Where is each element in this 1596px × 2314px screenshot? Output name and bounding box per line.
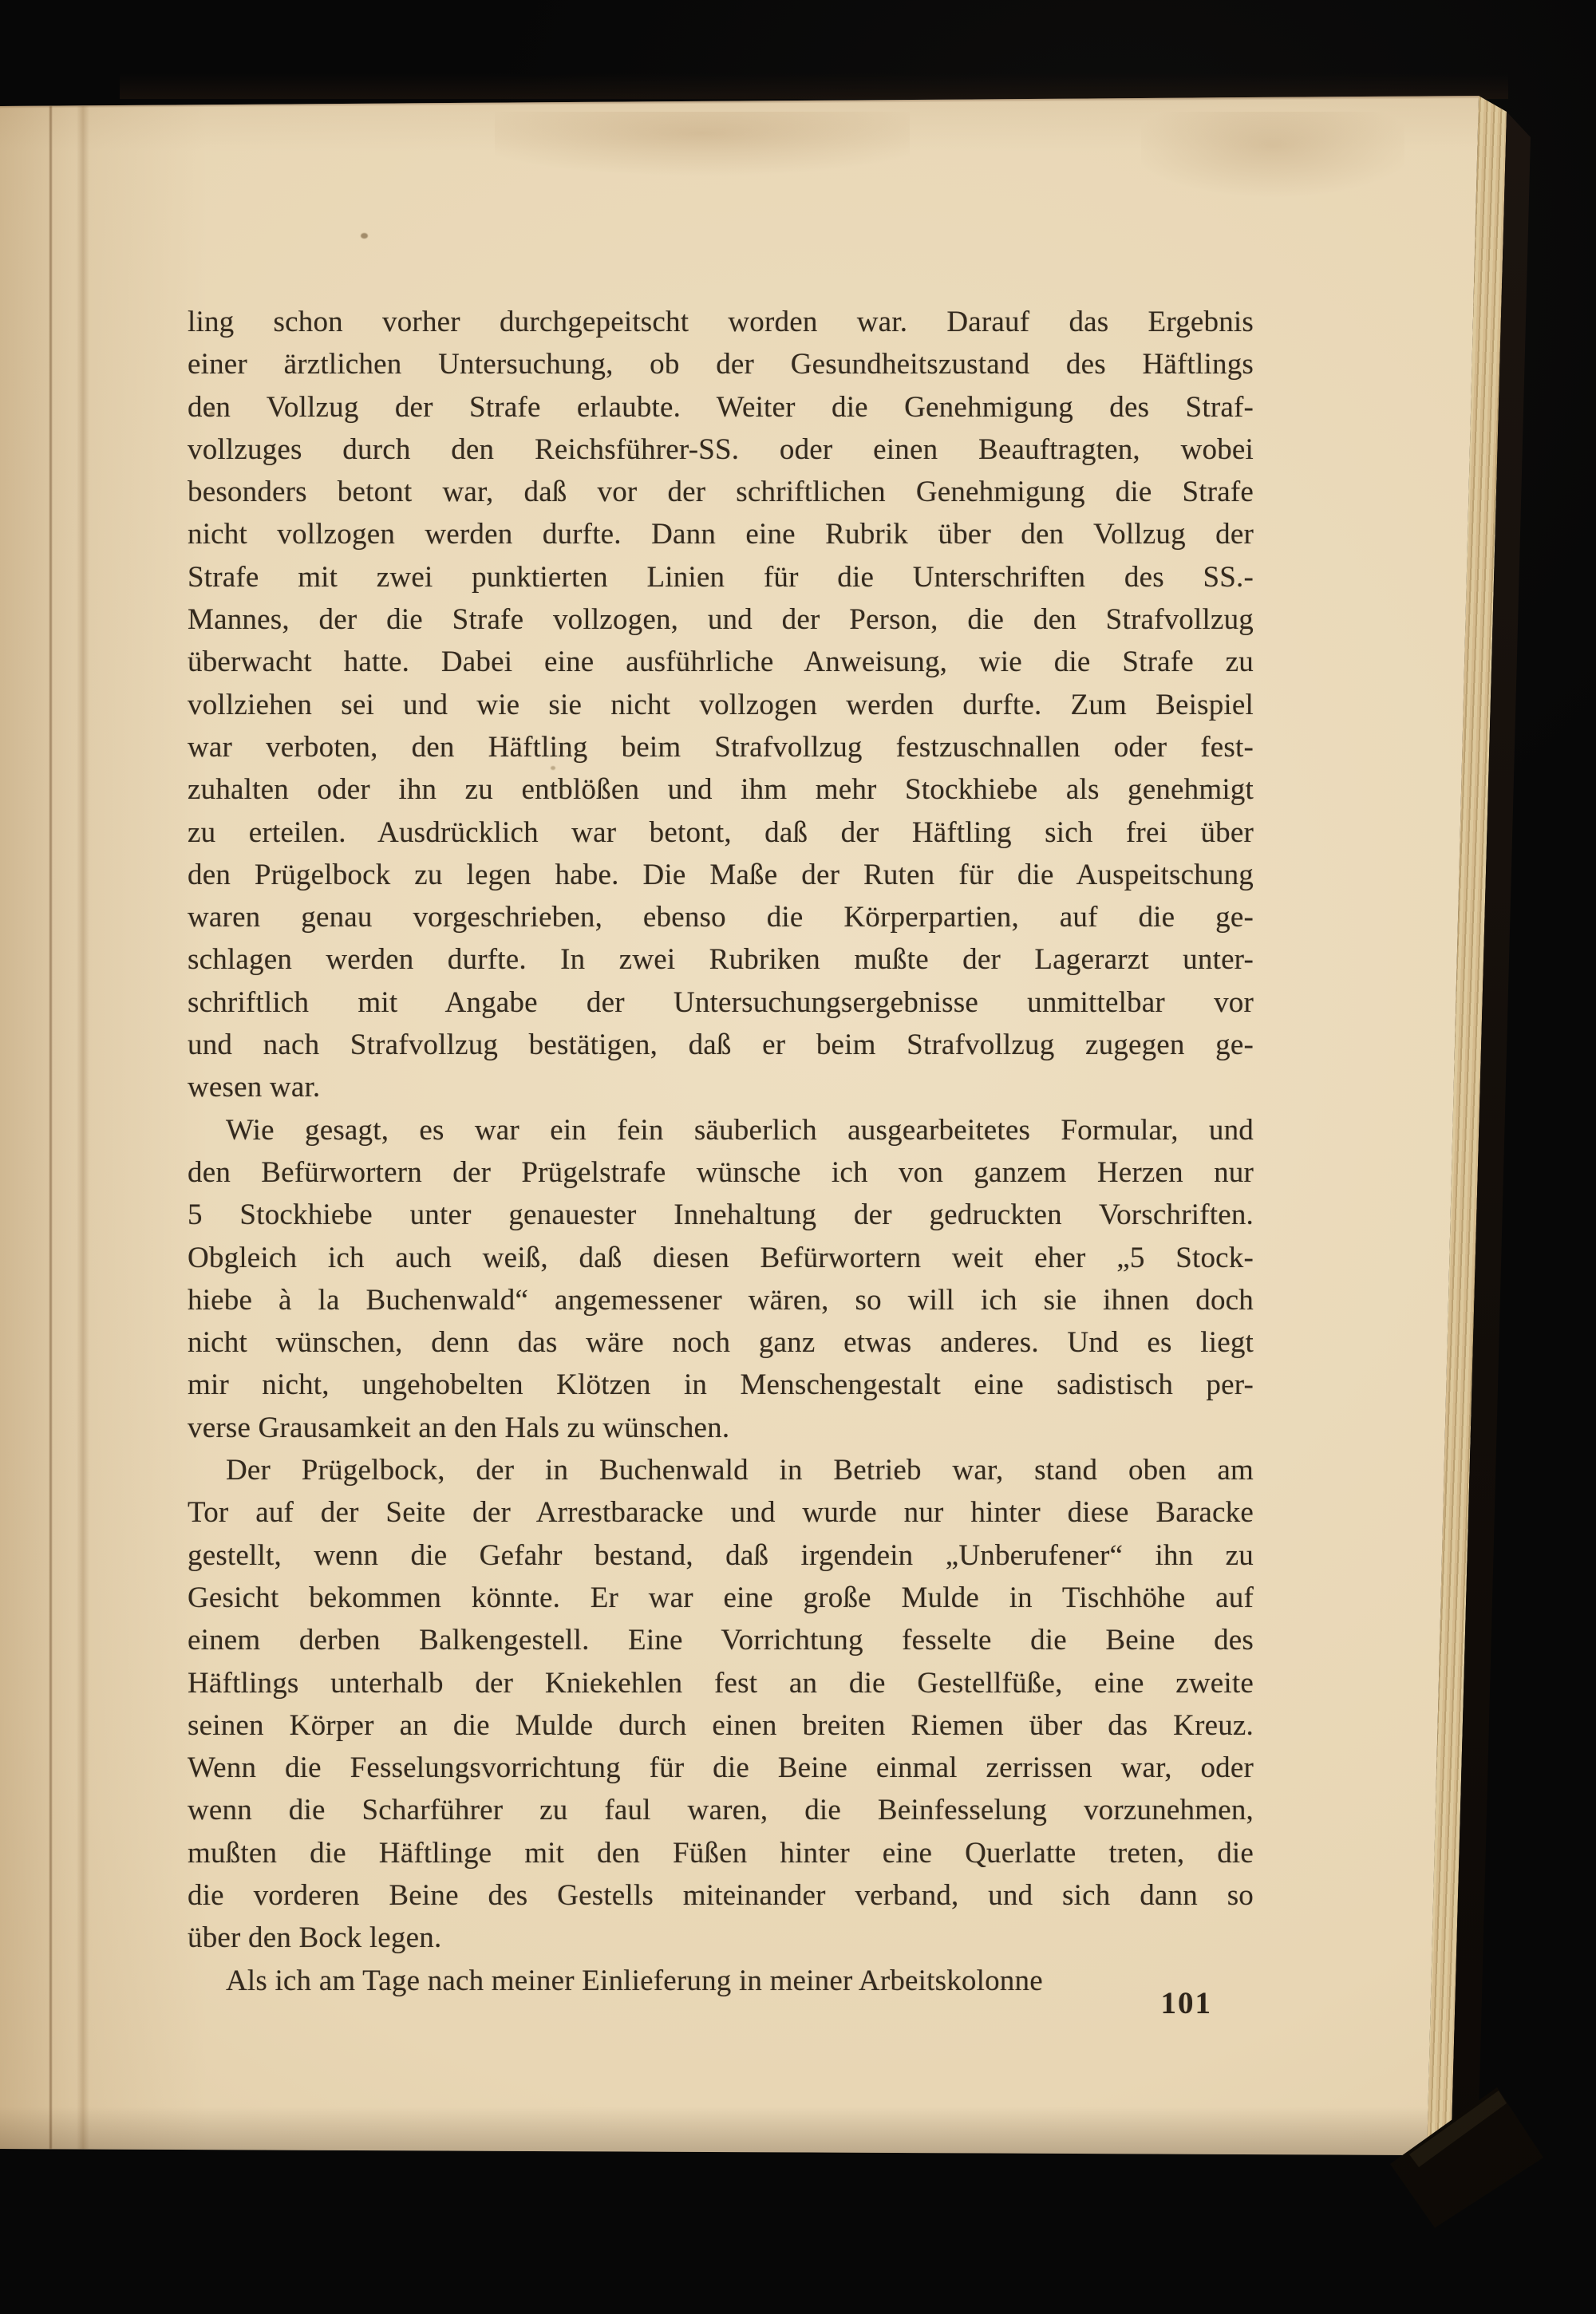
text-line: einem derben Balkengestell. Eine Vorrich…	[188, 1619, 1254, 1661]
text-line: Mannes, der die Strafe vollzogen, und de…	[188, 598, 1254, 641]
gutter-shadow	[77, 106, 89, 2149]
text-line: einer ärztlichen Untersuchung, ob der Ge…	[188, 343, 1254, 385]
text-line: waren genau vorgeschrieben, ebenso die K…	[188, 896, 1254, 938]
text-line: gestellt, wenn die Gefahr bestand, daß i…	[188, 1534, 1254, 1577]
text-line: wesen war.	[188, 1066, 1254, 1108]
text-line: nicht vollzogen werden durfte. Dann eine…	[188, 513, 1254, 555]
text-line: Tor auf der Seite der Arrestbaracke und …	[188, 1491, 1254, 1534]
text-line: Wenn die Fesselungsvorrichtung für die B…	[188, 1747, 1254, 1789]
text-line: mir nicht, ungehobelten Klötzen in Mensc…	[188, 1364, 1254, 1406]
text-line: Der Prügelbock, der in Buchenwald in Bet…	[188, 1449, 1254, 1491]
text-line: Häftlings unterhalb der Kniekehlen fest …	[188, 1662, 1254, 1704]
text-line: Wie gesagt, es war ein fein säuberlich a…	[188, 1109, 1254, 1151]
gutter-crease	[49, 106, 52, 2149]
page-number: 101	[188, 1985, 1254, 2021]
text-line: Strafe mit zwei punktierten Linien für d…	[188, 556, 1254, 598]
paper-speck	[361, 233, 368, 239]
text-line: vollziehen sei und wie sie nicht vollzog…	[188, 684, 1254, 726]
text-line: ling schon vorher durchgepeitscht worden…	[188, 301, 1254, 343]
text-line: verse Grausamkeit an den Hals zu wünsche…	[188, 1407, 1254, 1449]
text-line: nicht wünschen, denn das wäre noch ganz …	[188, 1321, 1254, 1364]
text-line: schriftlich mit Angabe der Untersuchungs…	[188, 981, 1254, 1024]
text-line: Gesicht bekommen könnte. Er war eine gro…	[188, 1577, 1254, 1619]
text-line: Obgleich ich auch weiß, daß diesen Befür…	[188, 1237, 1254, 1279]
text-line: zu erteilen. Ausdrücklich war betont, da…	[188, 811, 1254, 854]
text-line: den Vollzug der Strafe erlaubte. Weiter …	[188, 386, 1254, 428]
text-line: den Befürwortern der Prügelstrafe wünsch…	[188, 1151, 1254, 1194]
text-line: 5 Stockhiebe unter genauester Innehaltun…	[188, 1194, 1254, 1236]
text-line: und nach Strafvollzug bestätigen, daß er…	[188, 1024, 1254, 1066]
text-line: über den Bock legen.	[188, 1917, 1254, 1959]
text-line: zuhalten oder ihn zu entblößen und ihm m…	[188, 768, 1254, 811]
text-line: besonders betont war, daß vor der schrif…	[188, 471, 1254, 513]
text-line: seinen Körper an die Mulde durch einen b…	[188, 1704, 1254, 1747]
text-block: ling schon vorher durchgepeitscht worden…	[188, 301, 1254, 2002]
text-line: den Prügelbock zu legen habe. Die Maße d…	[188, 854, 1254, 896]
paper-stain	[1141, 112, 1404, 207]
text-line: vollzuges durch den Reichsführer-SS. ode…	[188, 428, 1254, 471]
text-line: wenn die Scharführer zu faul waren, die …	[188, 1789, 1254, 1831]
paper-stain	[495, 112, 910, 184]
text-line: die vorderen Beine des Gestells miteinan…	[188, 1874, 1254, 1917]
text-line: schlagen werden durfte. In zwei Rubriken…	[188, 938, 1254, 981]
text-line: hiebe à la Buchenwald“ angemessener wäre…	[188, 1279, 1254, 1321]
text-line: mußten die Häftlinge mit den Füßen hinte…	[188, 1832, 1254, 1874]
text-line: war verboten, den Häftling beim Strafvol…	[188, 726, 1254, 768]
book-cover-top-edge	[120, 73, 1508, 99]
text-line: überwacht hatte. Dabei eine ausführliche…	[188, 641, 1254, 683]
